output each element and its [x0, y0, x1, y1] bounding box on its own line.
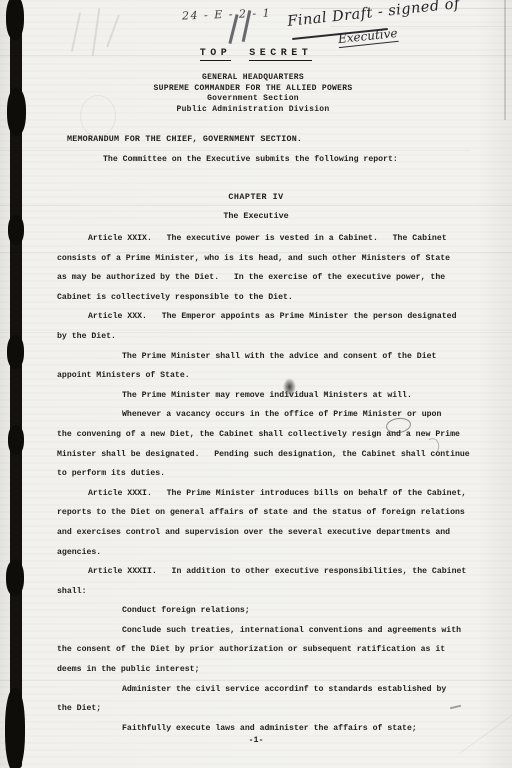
scan-edge-blob	[6, 560, 24, 596]
scan-edge-blob	[7, 335, 24, 369]
body-line: the consent of the Diet by prior authori…	[57, 640, 477, 660]
body-line: Minister shall be designated. Pending su…	[57, 445, 477, 465]
scan-edge-blob	[5, 688, 25, 768]
body-line: Conclude such treaties, international co…	[57, 621, 477, 641]
body-line: agencies.	[57, 543, 477, 563]
chapter-heading: CHAPTER IV	[0, 192, 512, 202]
body-line: Article XXIX. The executive power is ves…	[57, 229, 477, 249]
classification-word-top: TOP	[200, 48, 232, 61]
body-line: shall:	[57, 582, 477, 602]
body-line: by the Diet.	[57, 327, 477, 347]
body-line: Article XXX. The Emperor appoints as Pri…	[57, 307, 477, 327]
body-line: Whenever a vacancy occurs in the office …	[57, 405, 477, 425]
body-line: and exercises control and supervision ov…	[57, 523, 477, 543]
body-line: deems in the public interest;	[57, 660, 477, 680]
page-number: -1-	[0, 735, 512, 745]
body-line: reports to the Diet on general affairs o…	[57, 503, 477, 523]
document-body: Article XXIX. The executive power is ves…	[57, 229, 477, 738]
pencil-ghost-mark	[106, 15, 120, 48]
handwritten-note-line2: Executive	[337, 26, 398, 48]
letterhead-line: Government Section	[0, 94, 506, 105]
memo-intro: The Committee on the Executive submits t…	[103, 155, 398, 164]
letterhead-line: SUPREME COMMANDER FOR THE ALLIED POWERS	[0, 84, 506, 95]
classification-word-secret: SECRET	[249, 48, 312, 61]
letterhead-line: GENERAL HEADQUARTERS	[0, 73, 506, 84]
handwritten-doc-number: 24 - E - 2 - 1	[182, 6, 272, 22]
body-line: the convening of a new Diet, the Cabinet…	[57, 425, 477, 445]
body-line: Administer the civil service accordinf t…	[57, 680, 477, 700]
body-line: Conduct foreign relations;	[57, 601, 477, 621]
scan-streak	[0, 150, 470, 151]
pencil-ghost-mark	[71, 12, 81, 52]
body-line: Cabinet is collectively responsible to t…	[57, 288, 477, 308]
chapter-title: The Executive	[0, 211, 512, 221]
body-line: Article XXXI. The Prime Minister introdu…	[57, 484, 477, 504]
letterhead: GENERAL HEADQUARTERSSUPREME COMMANDER FO…	[0, 73, 506, 115]
memo-addressee: MEMORANDUM FOR THE CHIEF, GOVERNMENT SEC…	[67, 134, 302, 144]
scan-edge-blob	[6, 0, 24, 40]
scan-streak	[0, 205, 512, 206]
body-line: the Diet;	[57, 699, 477, 719]
letterhead-line: Public Administration Division	[0, 105, 506, 116]
body-line: Article XXXII. In addition to other exec…	[57, 562, 477, 582]
body-line: appoint Ministers of State.	[57, 366, 477, 386]
scanned-document-page: 24 - E - 2 - 1 Final Draft - signed of E…	[0, 0, 512, 768]
scan-streak	[330, 26, 512, 27]
body-line: The Prime Minister may remove individual…	[57, 386, 477, 406]
body-line: as may be authorized by the Diet. In the…	[57, 268, 477, 288]
body-line: to perform its duties.	[57, 464, 477, 484]
classification-stamp: TOPSECRET	[0, 48, 512, 59]
body-line: The Prime Minister shall with the advice…	[57, 347, 477, 367]
scan-edge-blob	[8, 425, 24, 455]
body-line: consists of a Prime Minister, who is its…	[57, 249, 477, 269]
